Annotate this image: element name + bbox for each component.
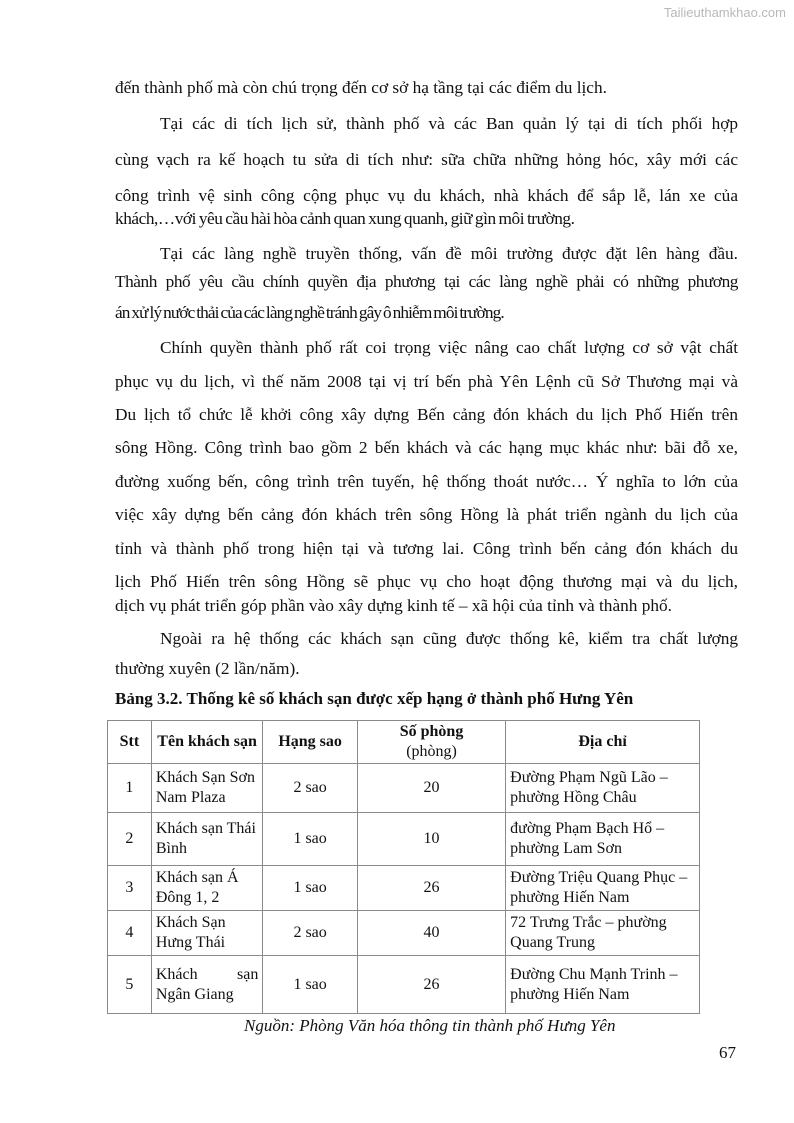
cell-stt: 2 xyxy=(108,813,152,866)
text-line: đến thành phố mà còn chú trọng đến cơ sở… xyxy=(115,78,738,98)
cell-address: Đường Chu Mạnh Trinh – phường Hiến Nam xyxy=(506,956,700,1014)
cell-name: Khách sạn Ngân Giang xyxy=(151,956,262,1014)
cell-name: Khách Sạn Sơn Nam Plaza xyxy=(151,764,262,813)
table-row: 2 Khách sạn Thái Bình 1 sao 10 đường Phạ… xyxy=(108,813,700,866)
table-row: 1 Khách Sạn Sơn Nam Plaza 2 sao 20 Đường… xyxy=(108,764,700,813)
text-line: Du lịch tổ chức lễ khởi công xây dựng Bế… xyxy=(115,405,738,425)
cell-stars: 2 sao xyxy=(263,764,358,813)
header-rooms: Số phòng (phòng) xyxy=(357,721,505,764)
header-stars: Hạng sao xyxy=(263,721,358,764)
cell-stars: 1 sao xyxy=(263,956,358,1014)
text-line: Tại các di tích lịch sử, thành phố và cá… xyxy=(160,114,738,134)
cell-address: Đường Triệu Quang Phục – phường Hiến Nam xyxy=(506,866,700,911)
text-line: đường xuống bến, công trình trên tuyến, … xyxy=(115,472,738,492)
text-line: tỉnh và thành phố trong hiện tại và tươn… xyxy=(115,539,738,559)
text-line: Thành phố yêu cầu chính quyền địa phương… xyxy=(115,272,738,292)
text-line: cùng vạch ra kế hoạch tu sửa di tích như… xyxy=(115,150,738,170)
table-row: 5 Khách sạn Ngân Giang 1 sao 26 Đường Ch… xyxy=(108,956,700,1014)
header-name: Tên khách sạn xyxy=(151,721,262,764)
cell-rooms: 26 xyxy=(357,956,505,1014)
text-line: sông Hồng. Công trình bao gồm 2 bến khác… xyxy=(115,438,738,458)
cell-rooms: 26 xyxy=(357,866,505,911)
cell-rooms: 10 xyxy=(357,813,505,866)
cell-stars: 1 sao xyxy=(263,866,358,911)
cell-address: Đường Phạm Ngũ Lão – phường Hồng Châu xyxy=(506,764,700,813)
text-line: lịch Phố Hiến trên sông Hồng sẽ phục vụ … xyxy=(115,572,738,592)
page-number: 67 xyxy=(719,1043,736,1063)
text-line: Ngoài ra hệ thống các khách sạn cũng đượ… xyxy=(160,629,738,649)
text-line: việc xây dựng bến cảng đón khách trên sô… xyxy=(115,505,738,525)
cell-address: 72 Trưng Trắc – phường Quang Trung xyxy=(506,911,700,956)
table-caption: Bảng 3.2. Thống kê số khách sạn được xếp… xyxy=(115,689,633,709)
text-line: Chính quyền thành phố rất coi trọng việc… xyxy=(160,338,738,358)
cell-stt: 5 xyxy=(108,956,152,1014)
text-line: thường xuyên (2 lần/năm). xyxy=(115,659,738,679)
cell-stt: 4 xyxy=(108,911,152,956)
text-line: công trình vệ sinh công cộng phục vụ du … xyxy=(115,186,738,206)
table-source: Nguồn: Phòng Văn hóa thông tin thành phố… xyxy=(244,1016,615,1036)
text-line: dịch vụ phát triển góp phần vào xây dựng… xyxy=(115,596,738,616)
cell-rooms: 40 xyxy=(357,911,505,956)
cell-stt: 3 xyxy=(108,866,152,911)
cell-stars: 1 sao xyxy=(263,813,358,866)
cell-stt: 1 xyxy=(108,764,152,813)
header-stt: Stt xyxy=(108,721,152,764)
watermark: Tailieuthamkhao.com xyxy=(664,5,786,20)
header-rooms-unit: (phòng) xyxy=(362,742,501,762)
text-line: khách,…với yêu cầu hài hòa cảnh quan xun… xyxy=(115,209,738,229)
text-line: phục vụ du lịch, vì thế năm 2008 tại vị … xyxy=(115,372,738,392)
cell-name: Khách Sạn Hưng Thái xyxy=(151,911,262,956)
table-row: 4 Khách Sạn Hưng Thái 2 sao 40 72 Trưng … xyxy=(108,911,700,956)
cell-name: Khách sạn Thái Bình xyxy=(151,813,262,866)
cell-address: đường Phạm Bạch Hổ – phường Lam Sơn xyxy=(506,813,700,866)
cell-rooms: 20 xyxy=(357,764,505,813)
cell-stars: 2 sao xyxy=(263,911,358,956)
header-rooms-label: Số phòng xyxy=(362,722,501,742)
header-address: Địa chỉ xyxy=(506,721,700,764)
text-line: Tại các làng nghề truyền thống, vấn đề m… xyxy=(160,244,738,264)
table-header-row: Stt Tên khách sạn Hạng sao Số phòng (phò… xyxy=(108,721,700,764)
text-line: án xử lý nước thải của các làng nghề trá… xyxy=(115,303,738,323)
table-row: 3 Khách sạn Á Đông 1, 2 1 sao 26 Đường T… xyxy=(108,866,700,911)
hotels-table: Stt Tên khách sạn Hạng sao Số phòng (phò… xyxy=(107,720,700,1014)
cell-name: Khách sạn Á Đông 1, 2 xyxy=(151,866,262,911)
